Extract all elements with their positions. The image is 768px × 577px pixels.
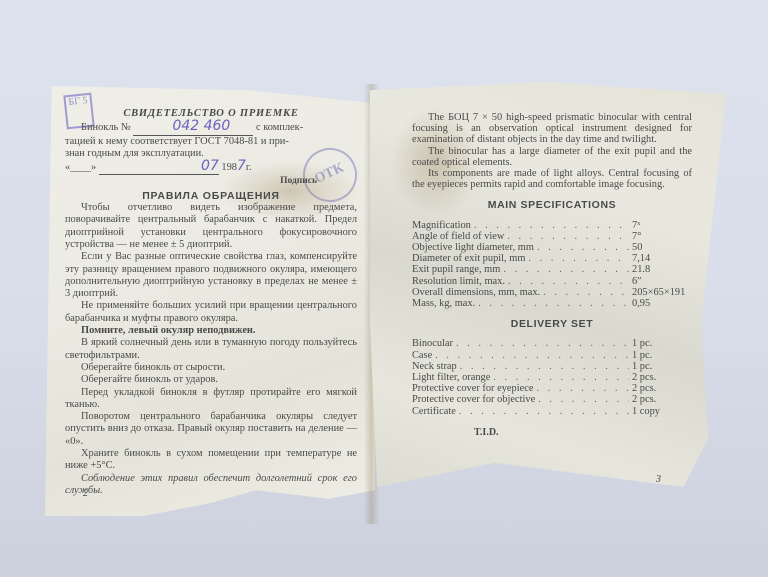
- item-label: Protective cover for objective: [412, 394, 535, 405]
- page-number-right: 3: [656, 474, 661, 485]
- item-label: Neck strap: [412, 361, 457, 372]
- leader-dots: [474, 220, 629, 231]
- date-month: 07: [201, 158, 219, 174]
- binocular-label: Бинокль №: [81, 122, 131, 133]
- rules-title: ПРАВИЛА ОБРАЩЕНИЯ: [65, 190, 357, 202]
- item-quantity: 2 pcs.: [632, 383, 692, 394]
- item-label: Protective cover for eyepiece: [412, 383, 533, 394]
- spec-label: Magnification: [412, 220, 471, 231]
- leader-dots: [493, 372, 629, 383]
- certificate-line-1-suffix: с комплек-: [256, 122, 303, 133]
- spec-row: Mass, kg, max.0,95: [412, 298, 692, 309]
- rule-paragraph: Помните, левый окуляр неподвижен.: [65, 325, 357, 337]
- date-month-field: 07: [99, 160, 219, 175]
- leader-dots: [478, 298, 629, 309]
- delivery-row: Case1 pc.: [412, 350, 692, 361]
- year-digit: 7: [237, 158, 246, 174]
- spec-row: Objective light diameter, mm50: [412, 242, 692, 253]
- year-suffix: г.: [246, 162, 252, 173]
- leader-dots: [460, 361, 629, 372]
- delivery-row: Neck strap1 pc.: [412, 361, 692, 372]
- rule-paragraph: В яркий солнечный день или в туманную по…: [65, 337, 357, 362]
- delivery-row: Light filter, orange2 pcs.: [412, 372, 692, 383]
- leader-dots: [537, 242, 629, 253]
- item-quantity: 1 pc.: [632, 361, 692, 372]
- right-page: The БОЦ 7 × 50 high-speed prismatic bino…: [370, 82, 726, 487]
- serial-number: 042 460: [172, 118, 230, 134]
- tid-mark: T.I.D.: [412, 427, 692, 438]
- rule-paragraph: Оберегайте бинокль от ударов.: [65, 374, 357, 386]
- spec-row: Diameter of exit pupil, mm7,14: [412, 253, 692, 264]
- spec-row: Angle of field of view7°: [412, 231, 692, 242]
- item-quantity: 1 copy: [632, 406, 692, 417]
- serial-number-field: 042 460: [133, 120, 253, 135]
- certificate-line-2: тацией к нему соответствует ГОСТ 7048-81…: [65, 136, 357, 148]
- item-label: Certificate: [412, 406, 456, 417]
- spec-label: Mass, kg, max.: [412, 298, 475, 309]
- leader-dots: [456, 338, 629, 349]
- spec-label: Overall dimensions, mm, max.: [412, 287, 540, 298]
- spec-value: 7ˣ: [632, 220, 692, 231]
- date-day-field: «____»: [65, 162, 96, 173]
- leader-dots: [543, 287, 629, 298]
- rule-paragraph: Храните бинокль в сухом помещении при те…: [65, 448, 357, 473]
- delivery-row: Protective cover for eyepiece2 pcs.: [412, 383, 692, 394]
- spec-value: 0,95: [632, 298, 692, 309]
- item-quantity: 2 pcs.: [632, 394, 692, 405]
- spec-row: Exit pupil range, mm21.8: [412, 264, 692, 275]
- delivery-set-list: Binocular1 pc. Case1 pc. Neck strap1 pc.…: [412, 338, 692, 416]
- leader-dots: [459, 406, 629, 417]
- specifications-list: Magnification7ˣ Angle of field of view7°…: [412, 220, 692, 310]
- spec-value: 50: [632, 242, 692, 253]
- delivery-set-title: DELIVERY SET: [412, 319, 692, 330]
- spec-row: Magnification7ˣ: [412, 220, 692, 231]
- delivery-row: Protective cover for objective2 pcs.: [412, 394, 692, 405]
- rule-paragraph: Соблюдение этих правил обеспечит долголе…: [65, 473, 357, 498]
- intro-paragraph: The БОЦ 7 × 50 high-speed prismatic bino…: [412, 112, 692, 146]
- leader-dots: [507, 231, 629, 242]
- rule-paragraph: Поворотом центрального барабанчика окуля…: [65, 411, 357, 448]
- leader-dots: [538, 394, 629, 405]
- item-label: Binocular: [412, 338, 453, 349]
- certificate-date-line: «____» 07 1987г.: [65, 160, 357, 175]
- item-label: Light filter, orange: [412, 372, 490, 383]
- rule-paragraph: Не применяйте больших усилий при вращени…: [65, 300, 357, 325]
- leader-dots: [528, 253, 629, 264]
- leader-dots: [435, 350, 629, 361]
- spec-label: Objective light diameter, mm: [412, 242, 534, 253]
- delivery-row: Certificate1 copy: [412, 406, 692, 417]
- leader-dots: [503, 264, 629, 275]
- item-quantity: 1 pc.: [632, 338, 692, 349]
- item-quantity: 1 pc.: [632, 350, 692, 361]
- leader-dots: [536, 383, 629, 394]
- spec-value: 7,14: [632, 253, 692, 264]
- leader-dots: [508, 276, 629, 287]
- item-quantity: 2 pcs.: [632, 372, 692, 383]
- rule-paragraph: Чтобы отчетливо видеть изображение предм…: [65, 202, 357, 251]
- spec-value: 21.8: [632, 264, 692, 275]
- intro-paragraph: The binocular has a large diameter of th…: [412, 146, 692, 168]
- rule-paragraph: Если у Вас разные оптические свойства гл…: [65, 251, 357, 300]
- page-number-left: 2: [83, 488, 88, 499]
- intro-paragraph: Its components are made of light alloys.…: [412, 168, 692, 190]
- spec-label: Resolution limit, max.: [412, 276, 505, 287]
- spec-label: Exit pupil range, mm: [412, 264, 500, 275]
- spec-value: 205×65×191: [632, 287, 692, 298]
- main-specifications-title: MAIN SPECIFICATIONS: [412, 200, 692, 211]
- rule-paragraph: Оберегайте бинокль от сырости.: [65, 362, 357, 374]
- spec-row: Overall dimensions, mm, max.205×65×191: [412, 287, 692, 298]
- right-page-content: The БОЦ 7 × 50 high-speed prismatic bino…: [412, 112, 692, 438]
- year-prefix: 198: [221, 162, 237, 173]
- spec-label: Diameter of exit pupil, mm: [412, 253, 525, 264]
- spec-row: Resolution limit, max.6″: [412, 276, 692, 287]
- signature-label: Подпись: [65, 175, 317, 187]
- spec-value: 7°: [632, 231, 692, 242]
- item-label: Case: [412, 350, 432, 361]
- rule-paragraph: Перед укладкой бинокля в футляр протирай…: [65, 387, 357, 412]
- certificate-line-1: Бинокль № 042 460 с комплек-: [65, 120, 357, 135]
- spec-label: Angle of field of view: [412, 231, 504, 242]
- delivery-row: Binocular1 pc.: [412, 338, 692, 349]
- spec-value: 6″: [632, 276, 692, 287]
- left-page: БГ 5 ОТК СВИДЕТЕЛЬСТВО О ПРИЕМКЕ Бинокль…: [45, 86, 375, 516]
- left-page-content: СВИДЕТЕЛЬСТВО О ПРИЕМКЕ Бинокль № 042 46…: [65, 108, 357, 497]
